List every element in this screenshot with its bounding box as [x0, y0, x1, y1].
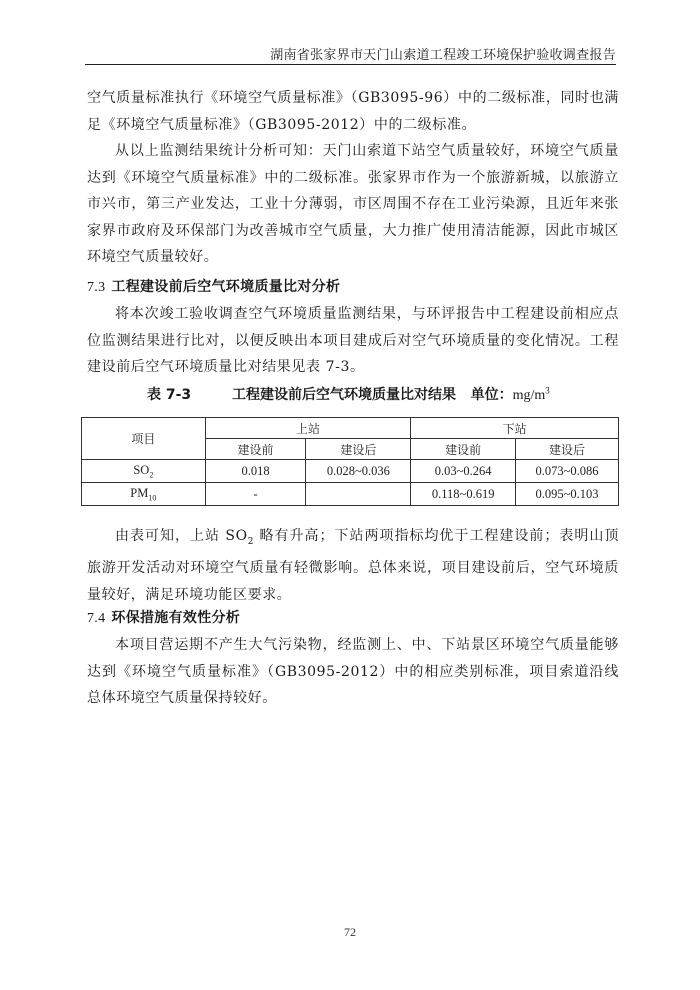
- header-divider: [85, 64, 616, 65]
- pollutant-name: SO: [133, 463, 149, 477]
- section-number: 7.4: [87, 611, 105, 626]
- unit-value: mg/m: [513, 388, 546, 403]
- pollutant-subscript: 2: [149, 470, 153, 479]
- header-lower-station: 下站: [411, 418, 619, 439]
- table-title: 工程建设前后空气环境质量比对结果 单位：mg/m3: [232, 384, 550, 404]
- comparison-table: 项目 上站 下站 建设前 建设后 建设前 建设后 SO2 0.018 0.028…: [81, 417, 619, 506]
- table-cell: 0.118~0.619: [411, 483, 516, 506]
- table-cell: 0.073~0.086: [516, 460, 619, 483]
- running-title: 湖南省张家界市天门山索道工程竣工环境保护验收调查报告: [270, 44, 616, 63]
- header-upper-station: 上站: [205, 418, 411, 439]
- section-heading-7-4: 7.4环保措施有效性分析: [87, 607, 240, 627]
- paragraph-measures-effectiveness: 本项目营运期不产生大气污染物，经监测上、中、下站景区环境空气质量能够达到《环境空…: [87, 632, 619, 712]
- table-cell: 0.028~0.036: [306, 460, 411, 483]
- table-cell: -: [205, 483, 306, 506]
- paragraph-table-conclusion: 由表可知，上站 SO2 略有升高；下站两项指标均优于工程建设前；表明山顶旅游开发…: [87, 523, 619, 608]
- section-title: 环保措施有效性分析: [111, 610, 240, 626]
- page-number: 72: [0, 925, 700, 940]
- subheader-lower-after: 建设后: [516, 439, 619, 460]
- table-title-text: 工程建设前后空气环境质量比对结果: [232, 387, 456, 403]
- pollutant-name: PM: [130, 486, 148, 500]
- section-number: 7.3: [87, 280, 105, 295]
- subheader-upper-after: 建设后: [306, 439, 411, 460]
- pollutant-subscript: 10: [148, 493, 156, 502]
- paragraph-monitoring-analysis: 从以上监测结果统计分析可知：天门山索道下站空气质量较好，环境空气质量达到《环境空…: [87, 138, 619, 271]
- paragraph-standards: 空气质量标准执行《环境空气质量标准》（GB3095-96）中的二级标准，同时也满…: [87, 85, 619, 138]
- table-label: 表 7-3: [147, 384, 191, 404]
- table-row: PM10 - 0.118~0.619 0.095~0.103: [82, 483, 619, 506]
- paragraph-comparison-intro: 将本次竣工验收调查空气环境质量监测结果，与环评报告中工程建设前相应点位监测结果进…: [87, 301, 619, 381]
- header-item: 项目: [82, 418, 206, 460]
- section-title: 工程建设前后空气环境质量比对分析: [111, 279, 340, 295]
- row-label-so2: SO2: [82, 460, 206, 483]
- table-cell: 0.095~0.103: [516, 483, 619, 506]
- table-cell: [306, 483, 411, 506]
- table-row: SO2 0.018 0.028~0.036 0.03~0.264 0.073~0…: [82, 460, 619, 483]
- table-cell: 0.018: [205, 460, 306, 483]
- section-heading-7-3: 7.3工程建设前后空气环境质量比对分析: [87, 276, 340, 296]
- subheader-lower-before: 建设前: [411, 439, 516, 460]
- subheader-upper-before: 建设前: [205, 439, 306, 460]
- unit-label: 单位：: [471, 387, 513, 403]
- unit-superscript: 3: [545, 385, 550, 395]
- row-label-pm10: PM10: [82, 483, 206, 506]
- table-header-row: 项目 上站 下站: [82, 418, 619, 439]
- table-cell: 0.03~0.264: [411, 460, 516, 483]
- conclusion-text-start: 由表可知，上站 SO: [115, 528, 248, 544]
